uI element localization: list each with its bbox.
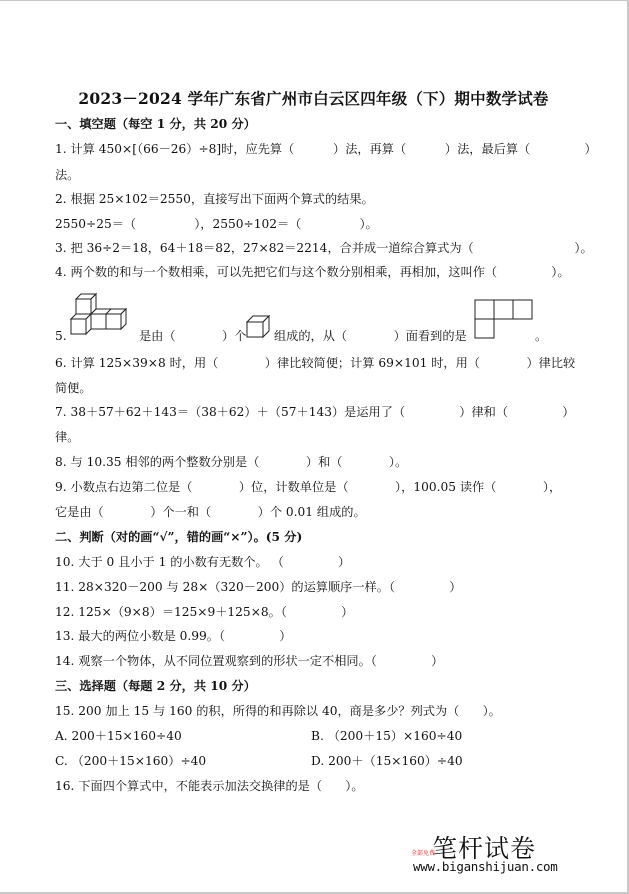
question-9: 9. 小数点右边第二位是（ ）位，计数单位是（ ），100.05 读作（ ），	[55, 479, 561, 495]
watermark-tag: 全部免费	[411, 848, 435, 857]
question-5-text-b: 组成的，从（ ）面看到的是	[274, 328, 467, 344]
question-11: 11. 28×320－200 与 28×（320－200）的运算顺序一样。（ ）	[55, 579, 461, 595]
single-cube-icon	[246, 315, 272, 339]
page-title: 2023－2024 学年广东省广州市白云区四年级（下）期中数学试卷	[0, 87, 627, 109]
question-9-cont: 它是由（ ）个一和（ ）个 0.01 组成的。	[55, 504, 366, 520]
question-16: 16. 下面四个算式中，不能表示加法交换律的是（ ）。	[55, 778, 364, 794]
question-7-cont: 律。	[55, 429, 79, 445]
question-15-option-a: A. 200＋15×160÷40	[55, 728, 182, 744]
section-heading-fill-blank: 一、填空题（每空 1 分，共 20 分）	[55, 116, 256, 132]
question-1: 1. 计算 450×[（66－26）÷8]时，应先算（ ）法，再算（ ）法，最后…	[55, 141, 597, 157]
question-4: 4. 两个数的和与一个数相乘，可以先把它们与这个数分别相乘，再相加，这叫作（ ）…	[55, 264, 570, 280]
watermark-logo: 笔杆试卷 全部免费 www.biganshijuan.com	[410, 829, 580, 879]
question-5-number: 5.	[55, 328, 67, 344]
question-2-cont: 2550÷25＝（ ），2550÷102＝（ ）。	[55, 216, 378, 232]
cube-stack-figure	[69, 292, 137, 338]
question-7: 7. 38＋57＋62＋143＝（38＋62）＋（57＋143）是运用了（ ）律…	[55, 404, 575, 420]
section-heading-choice: 三、选择题（每题 2 分，共 10 分）	[55, 678, 256, 694]
question-15-option-d: D. 200＋（15×160）÷40	[311, 753, 463, 769]
watermark-url: www.biganshijuan.com	[413, 859, 558, 874]
question-15-option-c: C. （200＋15×160）÷40	[55, 753, 206, 769]
view-grid-figure	[474, 299, 534, 341]
question-15: 15. 200 加上 15 与 160 的积，所得的和再除以 40，商是多少？列…	[55, 703, 501, 719]
question-15-option-b: B. （200＋15）×160÷40	[311, 728, 462, 744]
question-12: 12. 125×（9×8）＝125×9＋125×8。（ ）	[55, 604, 353, 620]
question-5-text-a: 是由（ ）个	[139, 328, 246, 344]
question-5-text-c: 。	[535, 328, 547, 344]
question-14: 14. 观察一个物体，从不同位置观察到的形状一定不相同。（ ）	[55, 653, 443, 669]
question-3: 3. 把 36÷2＝18，64＋18＝82，27×82＝2214，合并成一道综合…	[55, 240, 593, 256]
question-13: 13. 最大的两位小数是 0.99。（ ）	[55, 628, 291, 644]
section-heading-judge: 二、判断（对的画“√”，错的画“×”）。(5 分)	[55, 529, 302, 545]
question-10: 10. 大于 0 且小于 1 的小数有无数个。 （ ）	[55, 554, 350, 570]
question-1-cont: 法。	[55, 167, 79, 183]
exam-page: 2023－2024 学年广东省广州市白云区四年级（下）期中数学试卷 一、填空题（…	[0, 1, 627, 892]
question-8: 8. 与 10.35 相邻的两个整数分别是（ ）和（ ）。	[55, 454, 407, 470]
question-6: 6. 计算 125×39×8 时，用（ ）律比较简便；计算 69×101 时，用…	[55, 355, 575, 371]
question-6-cont: 简便。	[55, 380, 92, 396]
question-2: 2. 根据 25×102＝2550，直接写出下面两个算式的结果。	[55, 191, 374, 207]
